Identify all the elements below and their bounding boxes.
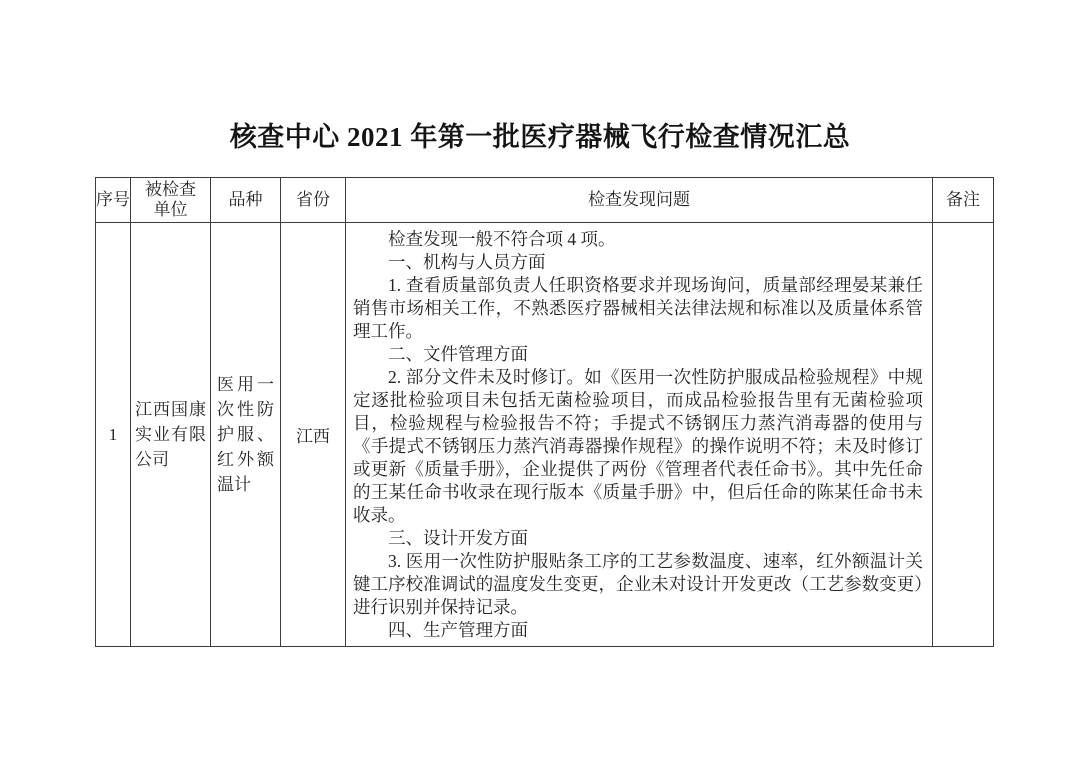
header-cell-province: 省份 xyxy=(281,178,346,223)
findings-paragraph: 1. 查看质量部负责人任职资格要求并现场询问，质量部经理晏某兼任销售市场相关工作… xyxy=(353,274,923,343)
cell-inspected-unit: 江西国康实业有限公司 xyxy=(131,223,211,647)
page-title: 核查中心 2021 年第一批医疗器械飞行检查情况汇总 xyxy=(0,0,1080,156)
findings-paragraph: 2. 部分文件未及时修订。如《医用一次性防护服成品检验规程》中规定逐批检验项目未… xyxy=(353,366,923,527)
findings-paragraph: 检查发现一般不符合项 4 项。 xyxy=(353,228,923,251)
inspected-unit-text: 江西国康实业有限公司 xyxy=(135,397,206,472)
findings-paragraph: 二、文件管理方面 xyxy=(353,343,923,366)
header-cell-remark: 备注 xyxy=(933,178,994,223)
findings-paragraph: 3. 医用一次性防护服贴条工序的工艺参数温度、速率，红外额温计关键工序校准调试的… xyxy=(353,550,923,619)
cell-province: 江西 xyxy=(281,223,346,647)
header-cell-findings: 检查发现问题 xyxy=(346,178,933,223)
header-label-remark: 备注 xyxy=(946,190,980,209)
cell-findings: 检查发现一般不符合项 4 项。 一、机构与人员方面 1. 查看质量部负责人任职资… xyxy=(346,223,933,647)
header-label-variety: 品种 xyxy=(229,190,263,209)
table-header-row: 序号 被检查单位 品种 省份 检查发现问题 备注 xyxy=(96,178,994,223)
header-label-province: 省份 xyxy=(296,190,330,209)
cell-variety: 医用一次性防护服、红外额温计 xyxy=(211,223,281,647)
header-cell-variety: 品种 xyxy=(211,178,281,223)
findings-paragraph: 一、机构与人员方面 xyxy=(353,251,923,274)
findings-paragraph: 四、生产管理方面 xyxy=(353,619,923,642)
findings-paragraph: 三、设计开发方面 xyxy=(353,527,923,550)
header-label-unit: 被检查单位 xyxy=(144,180,197,220)
inspection-summary-table: 序号 被检查单位 品种 省份 检查发现问题 备注 xyxy=(95,177,994,647)
header-label-no: 序号 xyxy=(96,190,130,209)
header-label-findings: 检查发现问题 xyxy=(588,190,690,209)
table-row: 1 江西国康实业有限公司 医用一次性防护服、红外额温计 江西 检查发现一般不符合… xyxy=(96,223,994,647)
cell-serial-number: 1 xyxy=(96,223,131,647)
header-cell-unit: 被检查单位 xyxy=(131,178,211,223)
header-cell-no: 序号 xyxy=(96,178,131,223)
cell-remark xyxy=(933,223,994,647)
document-page: 核查中心 2021 年第一批医疗器械飞行检查情况汇总 序号 被检查单位 品种 xyxy=(0,0,1080,763)
variety-text: 医用一次性防护服、红外额温计 xyxy=(217,372,274,497)
